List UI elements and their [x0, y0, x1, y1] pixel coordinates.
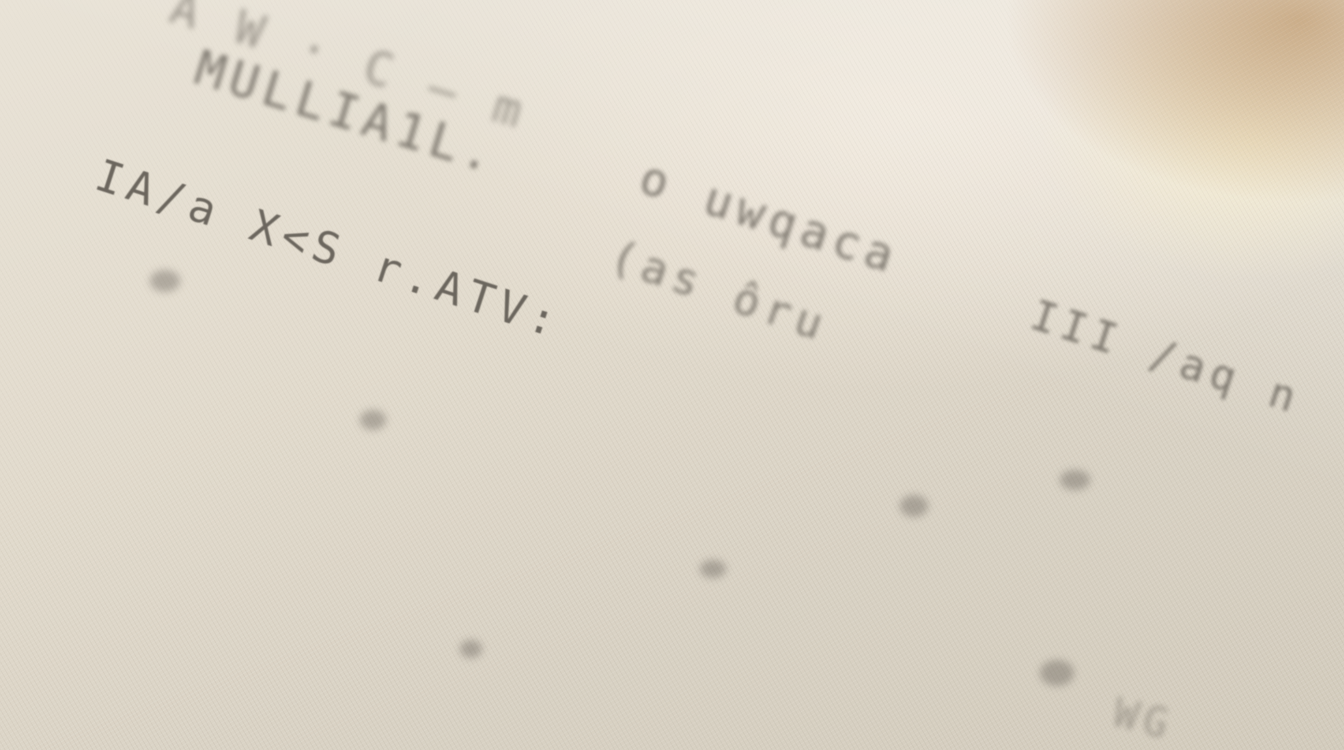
ink-speck: [1060, 470, 1090, 490]
paper-photograph: A W · C – m MULLIA1L. IA/a X<S r.ATV: o …: [0, 0, 1344, 750]
ink-speck: [700, 560, 726, 578]
ink-speck: [1040, 660, 1074, 686]
ink-speck: [900, 495, 928, 517]
ink-speck: [460, 640, 482, 658]
ink-speck: [150, 270, 180, 292]
ink-speck: [360, 410, 386, 430]
